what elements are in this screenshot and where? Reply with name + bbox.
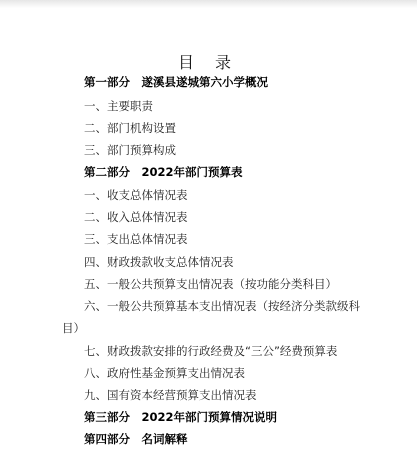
toc-part3-heading[interactable]: 第三部分 2022年部门预算情况说明 <box>84 410 277 424</box>
toc-title: 目 录 <box>0 50 417 73</box>
toc-part2-item-6-continuation[interactable]: 目） <box>62 321 85 335</box>
toc-part2-item-9[interactable]: 九、国有资本经营预算支出情况表 <box>84 388 257 402</box>
toc-part2-item-3[interactable]: 三、支出总体情况表 <box>84 232 188 246</box>
toc-part1-item-1[interactable]: 一、主要职责 <box>84 99 153 113</box>
toc-part1-item-3[interactable]: 三、部门预算构成 <box>84 143 176 157</box>
toc-part2-item-5[interactable]: 五、一般公共预算支出情况表（按功能分类科目） <box>84 277 337 291</box>
toc-part2-item-2[interactable]: 二、收入总体情况表 <box>84 210 188 224</box>
toc-part1-item-2[interactable]: 二、部门机构设置 <box>84 121 176 135</box>
toc-part2-item-4[interactable]: 四、财政拨款收支总体情况表 <box>84 255 234 269</box>
toc-part2-item-8[interactable]: 八、政府性基金预算支出情况表 <box>84 366 245 380</box>
toc-part2-item-1[interactable]: 一、收支总体情况表 <box>84 188 188 202</box>
toc-part4-heading[interactable]: 第四部分 名词解释 <box>84 432 188 446</box>
toc-part2-item-7[interactable]: 七、财政拨款安排的行政经费及“三公”经费预算表 <box>84 344 337 358</box>
toc-part2-item-6[interactable]: 六、一般公共预算基本支出情况表（按经济分类款级科 <box>84 299 360 313</box>
toc-part1-heading[interactable]: 第一部分 遂溪县遂城第六小学概况 <box>84 75 268 89</box>
page-top-shadow <box>0 0 417 8</box>
toc-part2-heading[interactable]: 第二部分 2022年部门预算表 <box>84 165 243 179</box>
